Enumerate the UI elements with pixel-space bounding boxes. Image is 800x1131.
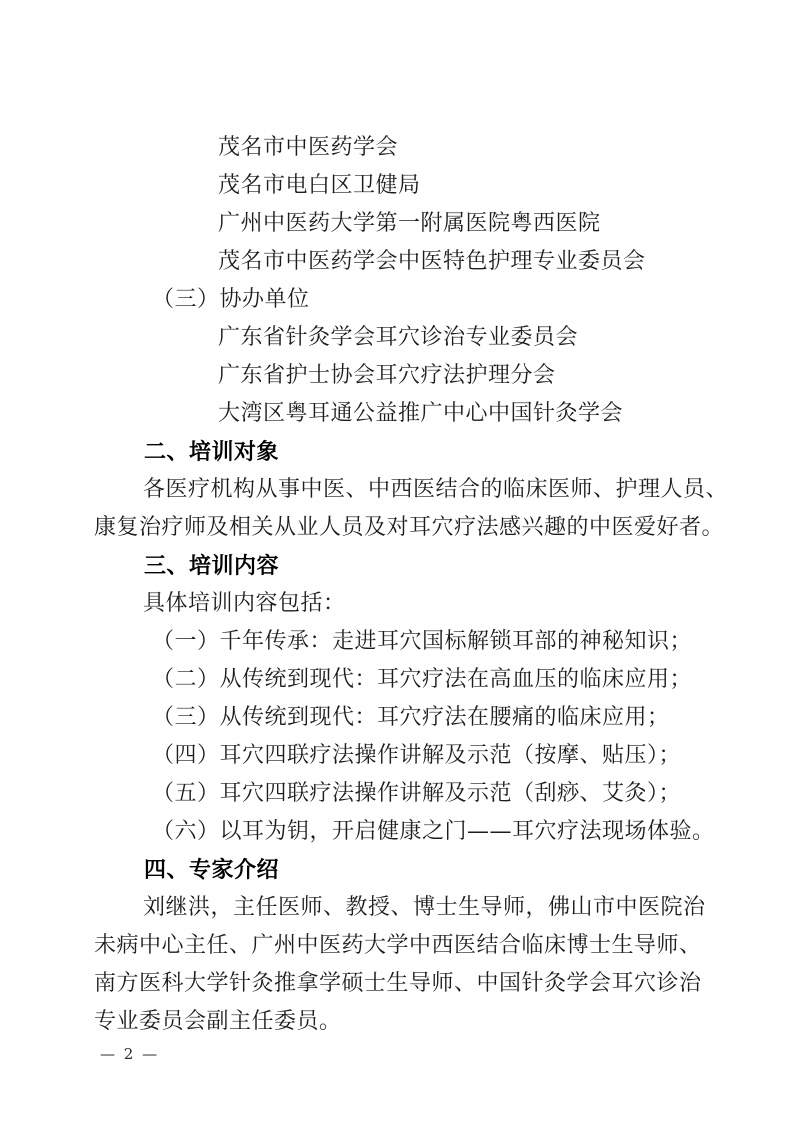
paragraph-line: 专业委员会副主任委员。 [94,1003,734,1041]
paragraph-line: 刘继洪，主任医师、教授、博士生导师，佛山市中医院治 [94,889,734,927]
list-item-line: （六）以耳为钥，开启健康之门——耳穴疗法现场体验。 [94,813,734,851]
paragraph-line: 南方医科大学针灸推拿学硕士生导师、中国针灸学会耳穴诊治 [94,965,734,1003]
org-name-line: 茂名市中医药学会中医特色护理专业委员会 [94,243,734,281]
list-item-line: （三）从传统到现代：耳穴疗法在腰痛的临床应用； [94,699,734,737]
section-heading-training-target: 二、培训对象 [94,433,734,471]
list-item-line: （二）从传统到现代：耳穴疗法在高血压的临床应用； [94,661,734,699]
paragraph-line: 具体培训内容包括： [94,585,734,623]
list-item-line: （五）耳穴四联疗法操作讲解及示范（刮痧、艾灸）； [94,775,734,813]
section-heading-expert-intro: 四、专家介绍 [94,851,734,889]
list-item-line: （四）耳穴四联疗法操作讲解及示范（按摩、贴压）； [94,737,734,775]
org-name-line: 广东省针灸学会耳穴诊治专业委员会 [94,319,734,357]
paragraph-line: 各医疗机构从事中医、中西医结合的临床医师、护理人员、 [94,471,734,509]
sub-heading-co-organizers: （三）协办单位 [94,281,734,319]
section-heading-training-content: 三、培训内容 [94,547,734,585]
list-item-line: （一）千年传承：走进耳穴国标解锁耳部的神秘知识； [94,623,734,661]
org-name-line: 广东省护士协会耳穴疗法护理分会 [94,357,734,395]
paragraph-line: 康复治疗师及相关从业人员及对耳穴疗法感兴趣的中医爱好者。 [94,509,734,547]
org-name-line: 茂名市电白区卫健局 [94,167,734,205]
paragraph-line: 未病中心主任、广州中医药大学中西医结合临床博士生导师、 [94,927,734,965]
org-name-line: 大湾区粤耳通公益推广中心中国针灸学会 [94,395,734,433]
document-text-block: 茂名市中医药学会 茂名市电白区卫健局 广州中医药大学第一附属医院粤西医院 茂名市… [94,129,734,1041]
document-page: 茂名市中医药学会 茂名市电白区卫健局 广州中医药大学第一附属医院粤西医院 茂名市… [0,0,800,1131]
org-name-line: 茂名市中医药学会 [94,129,734,167]
page-number: — 2 — [100,1044,159,1064]
org-name-line: 广州中医药大学第一附属医院粤西医院 [94,205,734,243]
